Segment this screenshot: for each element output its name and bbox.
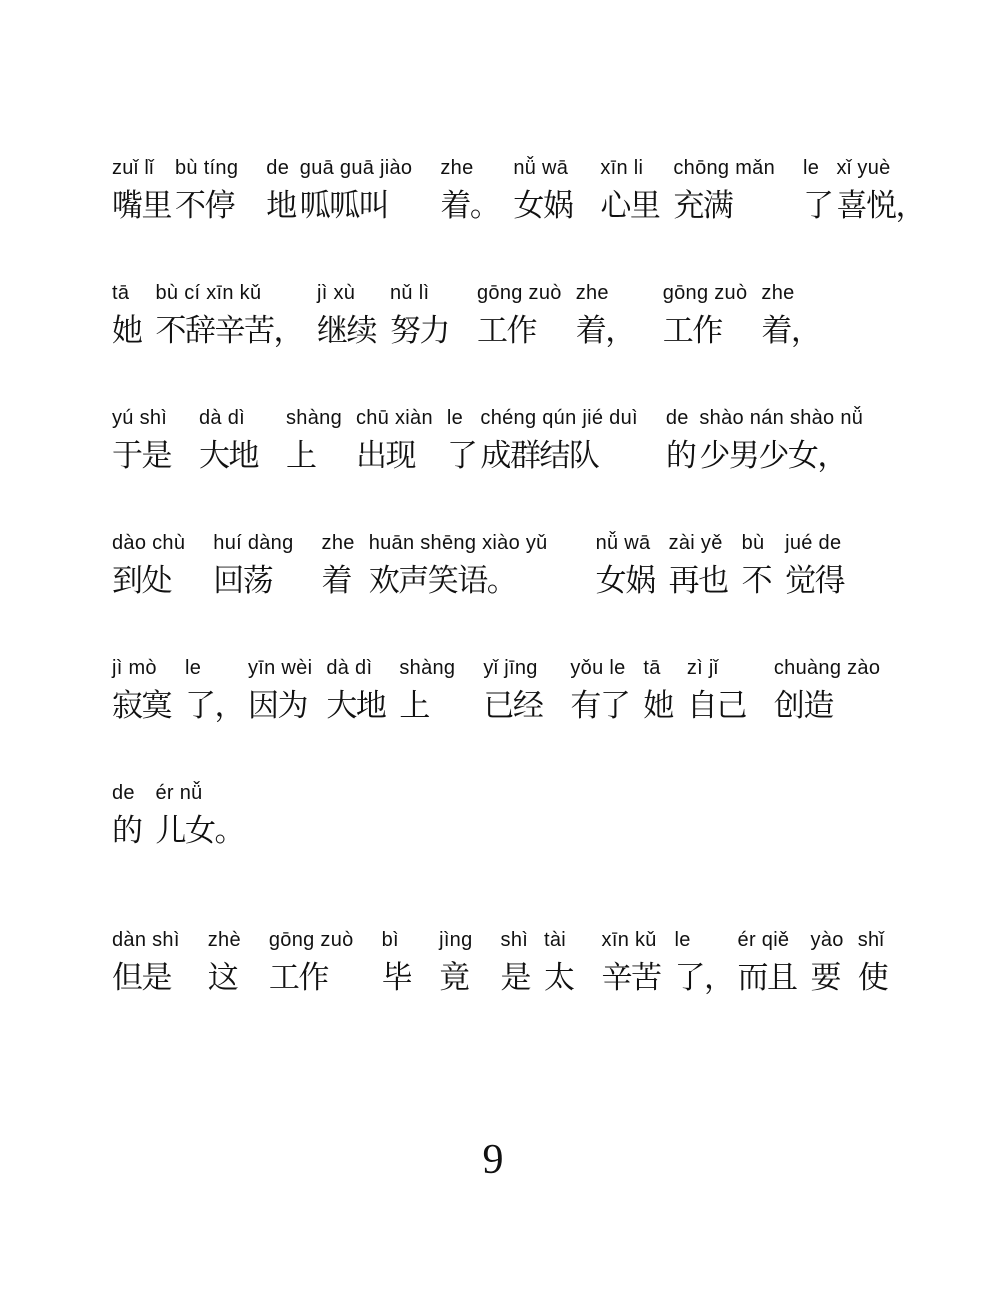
hanzi-text: 太 (544, 959, 574, 997)
ruby-unit: ér nǚ儿女。 (156, 780, 245, 850)
ruby-unit: tài太 (544, 927, 574, 997)
pinyin-text: de (666, 405, 696, 431)
ruby-unit: zài yě再也 (669, 530, 728, 600)
pinyin-text: gōng zuò (477, 280, 562, 306)
pinyin-text: zuǐ lǐ (112, 155, 171, 181)
pinyin-text: le (447, 405, 477, 431)
pinyin-annotated-text: zuǐ lǐ嘴里bù tíng不停de地guā guā jiào呱呱叫zhe着。… (112, 155, 946, 1052)
ruby-unit: xǐ yuè喜悦， (837, 155, 926, 225)
pinyin-text: huān shēng xiào yǔ (369, 530, 548, 556)
ruby-unit: dàn shì但是 (112, 927, 180, 997)
pinyin-text: yǒu le (570, 655, 629, 681)
text-line: dào chù到处huí dàng回荡zhe着huān shēng xiào y… (112, 530, 946, 600)
ruby-unit: chuàng zào创造 (774, 655, 880, 725)
ruby-unit: zhe着。 (440, 155, 499, 225)
hanzi-text: 着， (576, 312, 635, 350)
pinyin-text: zì jǐ (687, 655, 746, 681)
pinyin-text: dàn shì (112, 927, 180, 953)
ruby-unit: chéng qún jié duì成群结队 (480, 405, 637, 475)
hanzi-text: 不 (742, 562, 772, 600)
ruby-unit: dà dì大地 (326, 655, 385, 725)
ruby-unit: le了 (803, 155, 833, 225)
hanzi-text: 到处 (112, 562, 185, 600)
ruby-unit: le了 (447, 405, 477, 475)
ruby-unit: guā guā jiào呱呱叫 (300, 155, 413, 225)
hanzi-text: 大地 (326, 687, 385, 725)
pinyin-text: jìng (439, 927, 472, 953)
hanzi-text: 上 (286, 437, 342, 475)
pinyin-text: zhe (440, 155, 499, 181)
pinyin-text: le (803, 155, 833, 181)
pinyin-text: de (112, 780, 142, 806)
ruby-unit: huān shēng xiào yǔ欢声笑语。 (369, 530, 548, 600)
ruby-unit: bù tíng不停 (175, 155, 238, 225)
hanzi-text: 继续 (317, 312, 376, 350)
pinyin-text: nǚ wā (513, 155, 572, 181)
pinyin-text: guā guā jiào (300, 155, 413, 181)
ruby-unit: tā她 (643, 655, 673, 725)
ruby-unit: gōng zuò工作 (269, 927, 354, 997)
pinyin-text: bù cí xīn kǔ (156, 280, 304, 306)
pinyin-text: tā (643, 655, 673, 681)
hanzi-text: 辛苦 (602, 959, 661, 997)
hanzi-text: 充满 (673, 187, 775, 225)
ruby-unit: yīn wèi因为 (248, 655, 312, 725)
pinyin-text: chéng qún jié duì (480, 405, 637, 431)
hanzi-text: 使 (858, 959, 888, 997)
pinyin-text: gōng zuò (663, 280, 748, 306)
hanzi-text: 着， (761, 312, 820, 350)
hanzi-text: 毕 (382, 959, 412, 997)
page-number: 9 (0, 1138, 986, 1182)
ruby-unit: yǒu le有了 (570, 655, 629, 725)
ruby-unit: zhe着， (576, 280, 635, 350)
pinyin-text: ér qiě (738, 927, 797, 953)
ruby-unit: yú shì于是 (112, 405, 171, 475)
hanzi-text: 自己 (687, 687, 746, 725)
ruby-unit: zhe着 (322, 530, 355, 600)
ruby-unit: jìng竟 (439, 927, 472, 997)
hanzi-text: 不辞辛苦， (156, 312, 304, 350)
ruby-unit: bù不 (742, 530, 772, 600)
ruby-unit: jì xù继续 (317, 280, 376, 350)
pinyin-text: xīn kǔ (602, 927, 661, 953)
hanzi-text: 再也 (669, 562, 728, 600)
pinyin-text: zhe (576, 280, 635, 306)
pinyin-text: dào chù (112, 530, 185, 556)
hanzi-text: 而且 (738, 959, 797, 997)
ruby-unit: chū xiàn出现 (356, 405, 433, 475)
pinyin-text: gōng zuò (269, 927, 354, 953)
ruby-unit: bù cí xīn kǔ不辞辛苦， (156, 280, 304, 350)
pinyin-text: xīn li (600, 155, 659, 181)
pinyin-text: shì (501, 927, 531, 953)
hanzi-text: 要 (811, 959, 844, 997)
hanzi-text: 已经 (483, 687, 542, 725)
ruby-unit: gōng zuò工作 (477, 280, 562, 350)
pinyin-text: shǐ (858, 927, 888, 953)
pinyin-text: huí dàng (213, 530, 293, 556)
hanzi-text: 工作 (663, 312, 748, 350)
pinyin-text: yú shì (112, 405, 171, 431)
pinyin-text: xǐ yuè (837, 155, 926, 181)
hanzi-text: 不停 (175, 187, 238, 225)
text-line: yú shì于是dà dì大地shàng上chū xiàn出现le了chéng … (112, 405, 946, 475)
ruby-unit: shì是 (501, 927, 531, 997)
hanzi-text: 儿女。 (156, 812, 245, 850)
hanzi-text: 她 (643, 687, 673, 725)
hanzi-text: 有了 (570, 687, 629, 725)
pinyin-text: le (185, 655, 244, 681)
ruby-unit: dào chù到处 (112, 530, 185, 600)
hanzi-text: 是 (501, 959, 531, 997)
hanzi-text: 喜悦， (837, 187, 926, 225)
ruby-unit: de的 (112, 780, 142, 850)
pinyin-text: shàng (399, 655, 455, 681)
text-line: tā她bù cí xīn kǔ不辞辛苦，jì xù继续nǔ lì努力gōng z… (112, 280, 946, 350)
pinyin-text: jì mò (112, 655, 171, 681)
ruby-unit: bì毕 (382, 927, 412, 997)
hanzi-text: 这 (208, 959, 241, 997)
ruby-unit: nǚ wā女娲 (596, 530, 655, 600)
ruby-unit: yǐ jīng已经 (483, 655, 542, 725)
hanzi-text: 了 (447, 437, 477, 475)
hanzi-text: 欢声笑语。 (369, 562, 548, 600)
ruby-unit: zì jǐ自己 (687, 655, 746, 725)
pinyin-text: shào nán shào nǚ (699, 405, 863, 431)
text-line: de的ér nǚ儿女。 (112, 780, 946, 850)
pinyin-text: ér nǚ (156, 780, 245, 806)
hanzi-text: 了 (803, 187, 833, 225)
hanzi-text: 嘴里 (112, 187, 171, 225)
hanzi-text: 觉得 (785, 562, 844, 600)
hanzi-text: 了， (675, 959, 734, 997)
pinyin-text: yīn wèi (248, 655, 312, 681)
pinyin-text: le (675, 927, 734, 953)
hanzi-text: 地 (266, 187, 296, 225)
hanzi-text: 回荡 (213, 562, 293, 600)
pinyin-text: dà dì (326, 655, 385, 681)
pinyin-text: zhe (761, 280, 820, 306)
ruby-unit: le了， (185, 655, 244, 725)
hanzi-text: 于是 (112, 437, 171, 475)
ruby-unit: dà dì大地 (199, 405, 258, 475)
pinyin-text: nǚ wā (596, 530, 655, 556)
pinyin-text: jué de (785, 530, 844, 556)
hanzi-text: 她 (112, 312, 142, 350)
hanzi-text: 的 (666, 437, 696, 475)
pinyin-text: zhè (208, 927, 241, 953)
ruby-unit: de地 (266, 155, 296, 225)
ruby-unit: gōng zuò工作 (663, 280, 748, 350)
hanzi-text: 呱呱叫 (300, 187, 413, 225)
ruby-unit: jué de觉得 (785, 530, 844, 600)
pinyin-text: chōng mǎn (673, 155, 775, 181)
hanzi-text: 着 (322, 562, 355, 600)
ruby-unit: ér qiě而且 (738, 927, 797, 997)
pinyin-text: zài yě (669, 530, 728, 556)
text-line: dàn shì但是zhè这gōng zuò工作bì毕jìng竟shì是tài太x… (112, 927, 946, 997)
text-line: jì mò寂寞le了，yīn wèi因为dà dì大地shàng上yǐ jīng… (112, 655, 946, 725)
pinyin-text: zhe (322, 530, 355, 556)
hanzi-text: 大地 (199, 437, 258, 475)
hanzi-text: 工作 (477, 312, 562, 350)
ruby-unit: yào要 (811, 927, 844, 997)
ruby-unit: zhe着， (761, 280, 820, 350)
pinyin-text: de (266, 155, 296, 181)
hanzi-text: 出现 (356, 437, 433, 475)
ruby-unit: jì mò寂寞 (112, 655, 171, 725)
ruby-unit: nǚ wā女娲 (513, 155, 572, 225)
pinyin-text: chuàng zào (774, 655, 880, 681)
hanzi-text: 女娲 (596, 562, 655, 600)
ruby-unit: shào nán shào nǚ少男少女， (699, 405, 863, 475)
hanzi-text: 工作 (269, 959, 354, 997)
pinyin-text: jì xù (317, 280, 376, 306)
pinyin-text: chū xiàn (356, 405, 433, 431)
ruby-unit: shàng上 (286, 405, 342, 475)
ruby-unit: zuǐ lǐ嘴里 (112, 155, 171, 225)
hanzi-text: 女娲 (513, 187, 572, 225)
pinyin-text: tā (112, 280, 142, 306)
pinyin-text: nǔ lì (390, 280, 449, 306)
pinyin-text: yào (811, 927, 844, 953)
hanzi-text: 竟 (439, 959, 472, 997)
ruby-unit: xīn kǔ辛苦 (602, 927, 661, 997)
pinyin-text: bù tíng (175, 155, 238, 181)
hanzi-text: 创造 (774, 687, 880, 725)
text-line: zuǐ lǐ嘴里bù tíng不停de地guā guā jiào呱呱叫zhe着。… (112, 155, 946, 225)
hanzi-text: 着。 (440, 187, 499, 225)
pinyin-text: tài (544, 927, 574, 953)
ruby-unit: de的 (666, 405, 696, 475)
pinyin-text: dà dì (199, 405, 258, 431)
ruby-unit: le了， (675, 927, 734, 997)
ruby-unit: zhè这 (208, 927, 241, 997)
hanzi-text: 寂寞 (112, 687, 171, 725)
ruby-unit: shǐ使 (858, 927, 888, 997)
hanzi-text: 心里 (600, 187, 659, 225)
hanzi-text: 的 (112, 812, 142, 850)
hanzi-text: 因为 (248, 687, 312, 725)
ruby-unit: chōng mǎn充满 (673, 155, 775, 225)
pinyin-text: yǐ jīng (483, 655, 542, 681)
hanzi-text: 了， (185, 687, 244, 725)
hanzi-text: 努力 (390, 312, 449, 350)
hanzi-text: 成群结队 (480, 437, 637, 475)
page: zuǐ lǐ嘴里bù tíng不停de地guā guā jiào呱呱叫zhe着。… (0, 0, 986, 1299)
ruby-unit: tā她 (112, 280, 142, 350)
hanzi-text: 但是 (112, 959, 180, 997)
ruby-unit: nǔ lì努力 (390, 280, 449, 350)
pinyin-text: bì (382, 927, 412, 953)
ruby-unit: huí dàng回荡 (213, 530, 293, 600)
hanzi-text: 上 (399, 687, 455, 725)
ruby-unit: shàng上 (399, 655, 455, 725)
ruby-unit: xīn li心里 (600, 155, 659, 225)
pinyin-text: bù (742, 530, 772, 556)
pinyin-text: shàng (286, 405, 342, 431)
hanzi-text: 少男少女， (699, 437, 863, 475)
